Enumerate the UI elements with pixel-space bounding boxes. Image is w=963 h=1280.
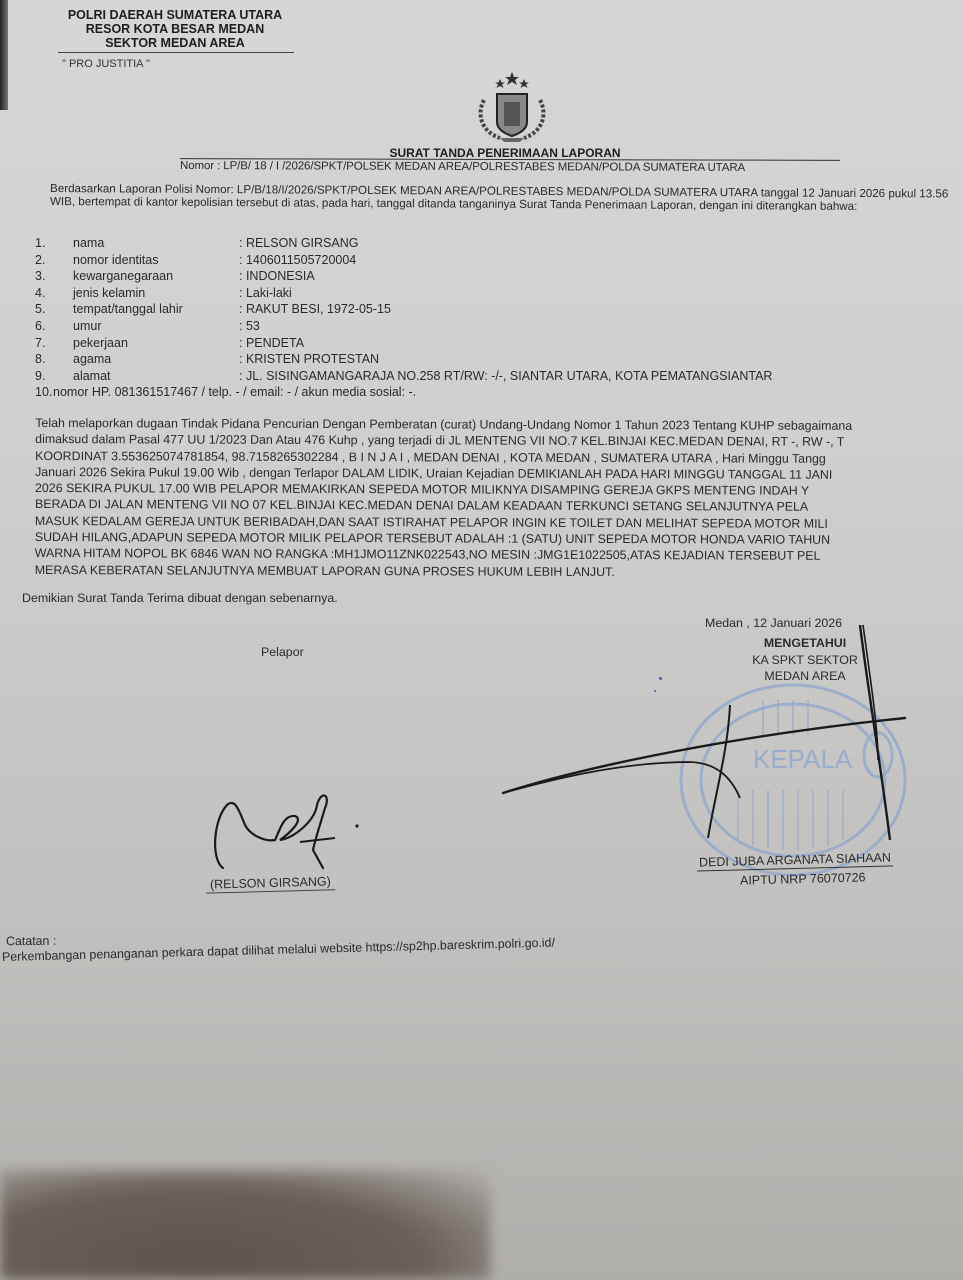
field-value: : JL. SISINGAMANGARAJA NO.258 RT/RW: -/-… [239, 369, 772, 383]
intro-paragraph: Berdasarkan Laporan Polisi Nomor: LP/B/1… [50, 183, 960, 214]
ink-dot [659, 677, 662, 680]
officer-signature-icon [490, 600, 920, 850]
closing-statement: Demikian Surat Tanda Terima dibuat denga… [22, 591, 338, 605]
reporter-name: (RELSON GIRSANG) [206, 874, 335, 893]
field-label: nomor HP. 081361517467 / telp. - / email… [53, 385, 416, 399]
field-label: alamat [73, 369, 111, 383]
letterhead: POLRI DAERAH SUMATERA UTARA RESOR KOTA B… [55, 8, 295, 50]
finger-shadow [0, 1170, 490, 1280]
field-label: nama [73, 236, 104, 250]
letterhead-line: POLRI DAERAH SUMATERA UTARA [55, 8, 295, 22]
note-text: Perkembangan penanganan perkara dapat di… [2, 936, 555, 964]
field-value: : RELSON GIRSANG [239, 236, 358, 250]
polri-emblem-icon [470, 70, 554, 145]
officer-nrp: AIPTU NRP 76070726 [740, 870, 866, 887]
field-label: tempat/tanggal lahir [73, 302, 183, 316]
field-value: : 53 [239, 319, 260, 333]
field-value: : 1406011505720004 [239, 253, 356, 267]
field-value: : INDONESIA [239, 269, 315, 283]
field-label: nomor identitas [73, 253, 158, 267]
field-label: agama [73, 352, 111, 366]
field-value: : KRISTEN PROTESTAN [239, 352, 379, 366]
report-receipt-document: POLRI DAERAH SUMATERA UTARA RESOR KOTA B… [0, 0, 963, 1000]
reporter-signature-icon [205, 780, 385, 870]
note-label: Catatan : [6, 934, 56, 949]
field-value: : Laki-laki [239, 286, 292, 300]
letterhead-divider [58, 52, 294, 53]
field-value: : RAKUT BESI, 1972-05-15 [239, 302, 391, 316]
ink-dot [654, 690, 656, 692]
reporter-label: Pelapor [261, 645, 304, 659]
incident-narrative: Telah melaporkan dugaan Tindak Pidana Pe… [35, 415, 963, 581]
report-number: Nomor : LP/B/ 18 / I /2026/SPKT/POLSEK M… [180, 160, 745, 174]
field-label: jenis kelamin [73, 286, 145, 300]
pro-justitia-label: " PRO JUSTITIA " [62, 58, 150, 70]
field-value: : PENDETA [239, 336, 304, 350]
letterhead-line: RESOR KOTA BESAR MEDAN [55, 22, 295, 36]
field-label: pekerjaan [73, 336, 128, 350]
field-label: kewarganegaraan [73, 269, 173, 283]
field-label: umur [73, 319, 101, 333]
letterhead-line: SEKTOR MEDAN AREA [55, 36, 295, 50]
